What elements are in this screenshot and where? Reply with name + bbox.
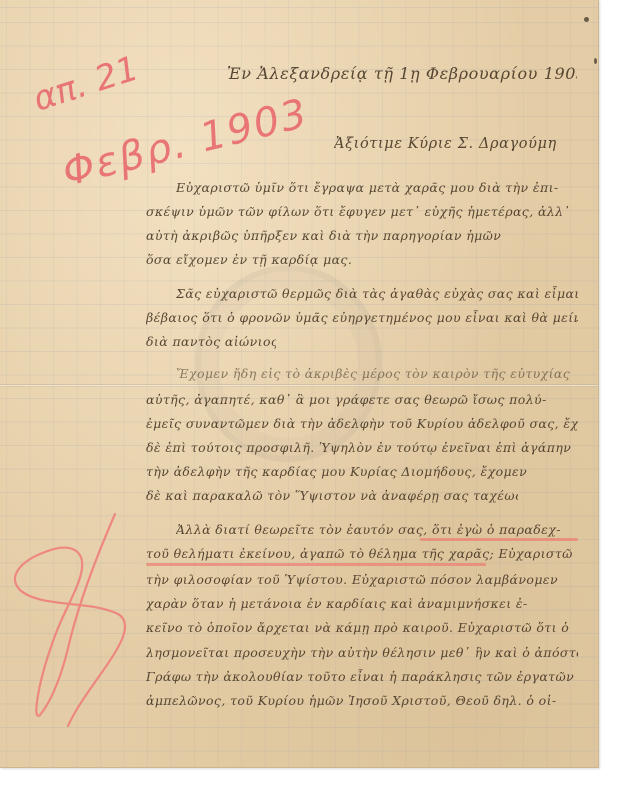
letter-body-line: αὐτῆς, ἀγαπητέ, καθ᾽ ἃ μοι γράφετε σας θ… xyxy=(146,392,578,407)
letter-body-line: κεῖνο τὸ ὁποῖον ἄρχεται νὰ κάμῃ πρὸ καιρ… xyxy=(146,620,578,635)
letter-body-line: Ἀλλὰ διατί θεωρεῖτε τὸν ἑαυτόν σας, ὅτι … xyxy=(176,522,578,537)
letter-body-line: Ἔχομεν ἤδη εἰς τὸ ἀκριβὲς μέρος τὸν καιρ… xyxy=(176,366,578,381)
red-underline xyxy=(420,538,578,541)
letter-body-line: ὅσα εἴχομεν ἐν τῇ καρδίᾳ μας. xyxy=(146,252,406,267)
letter-body-line: διὰ παντὸς αἰώνιος. xyxy=(146,334,276,349)
letter-body-line: βέβαιος ὅτι ὁ φρονῶν ὑμᾶς εὐηργετημένος … xyxy=(146,310,578,325)
letter-body-line: τὴν ἀδελφὴν τῆς καρδίας μου Κυρίας Διομή… xyxy=(146,464,578,479)
letter-body-line: Γράφω τὴν ἀκολουθίαν τοῦτο εἶναι ἡ παράκ… xyxy=(146,669,578,684)
letter-body-line: σκέψιν ὑμῶν τῶν φίλων ὅτι ἔφυγεν μετ᾽ εὐ… xyxy=(146,204,578,219)
place-date-line: Ἐν Ἀλεξανδρείᾳ τῇ 1ῃ Φεβρουαρίου 1903 xyxy=(227,64,577,83)
letter-body-line: τοῦ θελήματι ἐκείνου, ἀγαπῶ τὸ θέλημα τῆ… xyxy=(146,546,578,561)
letter-body-line: Σᾶς εὐχαριστῶ θερμῶς διὰ τὰς ἀγαθὰς εὐχὰ… xyxy=(176,286,578,301)
letter-body-line: λησμονεῖται προσευχὴν τὴν αὐτὴν θέλησιν … xyxy=(146,645,578,660)
letter-body-line: δὲ ἐπὶ τούτοις προσφιλῆ. Ὑψηλὸν ἐν τούτῳ… xyxy=(146,440,578,455)
letter-body-line: χαρὰν ὅταν ἡ μετάνοια ἐν καρδίαις καὶ ἀν… xyxy=(146,596,578,611)
letter-body-line: ἐμεῖς συναντῶμεν διὰ τὴν ἀδελφὴν τοῦ Κυρ… xyxy=(146,416,578,431)
pin-hole xyxy=(584,17,589,22)
red-pencil-mark xyxy=(0,490,140,730)
fold-crease xyxy=(0,384,598,387)
red-underline xyxy=(146,563,486,566)
pin-hole xyxy=(594,58,597,64)
salutation: Ἀξιότιμε Κύριε Σ. Δραγούμη xyxy=(334,136,589,152)
letter-body-line: αὐτὴ ἀκριβῶς ὑπῆρξεν καὶ διὰ τὴν παρηγορ… xyxy=(146,228,578,243)
letter-body-line: Εὐχαριστῶ ὑμῖν ὅτι ἔγραψα μετὰ χαρᾶς μου… xyxy=(176,180,576,195)
letter-page: απ. 21 Φεβρ. 1903 Ἐν Ἀλεξανδρείᾳ τῇ 1ῃ Φ… xyxy=(0,0,599,768)
letter-body-line: δὲ καὶ παρακαλῶ τὸν Ὕψιστον νὰ ἀναφέρῃ σ… xyxy=(146,488,518,503)
letter-body-line: ἀμπελῶνος, τοῦ Κυρίου ἡμῶν Ἰησοῦ Χριστοῦ… xyxy=(146,693,578,708)
letter-body-line: τὴν φιλοσοφίαν τοῦ Ὑψίστου. Εὐχαριστῶ πό… xyxy=(146,572,578,587)
